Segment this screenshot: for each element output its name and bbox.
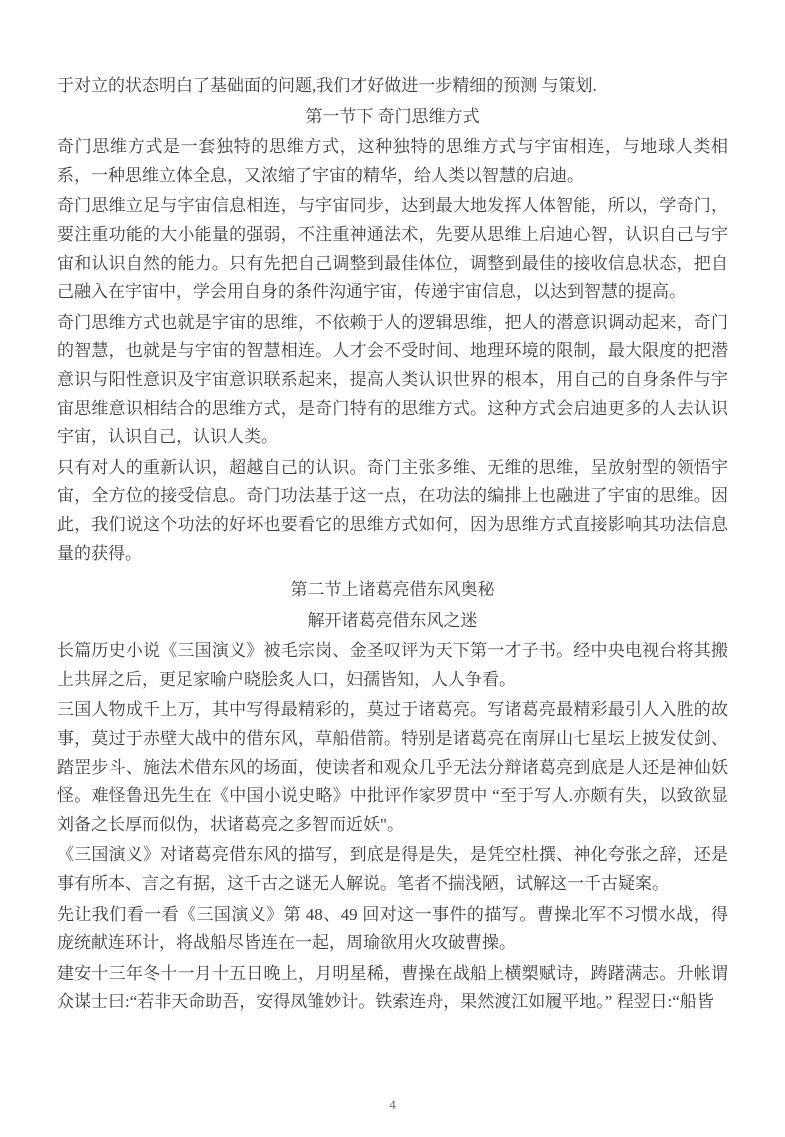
section1-paragraph-2: 奇门思维立足与宇宙信息相连，与宇宙同步，达到最大地发挥人体智能，所以，学奇门，要… <box>57 192 728 306</box>
section2-subheading: 解开诸葛亮借东风之迷 <box>57 607 728 636</box>
section2-paragraph-1: 长篇历史小说《三国演义》被毛宗岗、金圣叹评为天下第一才子书。经中央电视台将其搬上… <box>57 637 728 694</box>
section2-paragraph-2: 三国人物成千上万，其中写得最精彩的，莫过于诸葛亮。写诸葛亮最精彩最引人入胜的故事… <box>57 696 728 839</box>
section1-paragraph-4: 只有对人的重新认识，超越自己的认识。奇门主张多维、无维的思维，呈放射型的领悟宇宙… <box>57 454 728 568</box>
section2-paragraph-5: 建安十三年冬十一月十五日晚上，月明星稀，曹操在战船上横槊赋诗，踌躇满志。升帐谓众… <box>57 960 728 1017</box>
section1-heading: 第一节下 奇门思维方式 <box>57 103 728 132</box>
intro-paragraph: 于对立的状态明白了基础面的问题,我们才好做进一步精细的预测 与策划. <box>57 72 728 101</box>
section2-heading: 第二节上诸葛亮借东风奥秘 <box>57 576 728 605</box>
section1-paragraph-1: 奇门思维方式是一套独特的思维方式，这种独特的思维方式与宇宙相连，与地球人类相系，… <box>57 133 728 190</box>
page-number: 4 <box>0 1097 785 1113</box>
section1-paragraph-3: 奇门思维方式也就是宇宙的思维，不依赖于人的逻辑思维，把人的潜意识调动起来，奇门的… <box>57 309 728 452</box>
document-page: 于对立的状态明白了基础面的问题,我们才好做进一步精细的预测 与策划. 第一节下 … <box>0 0 785 1137</box>
document-content: 于对立的状态明白了基础面的问题,我们才好做进一步精细的预测 与策划. 第一节下 … <box>57 72 728 1019</box>
section2-paragraph-3: 《三国演义》对诸葛亮借东风的描写，到底是得是失，是凭空杜撰、神化夸张之辞，还是事… <box>57 841 728 898</box>
section2-paragraph-4: 先让我们看一看《三国演义》第 48、49 回对这一事件的描写。曹操北军不习惯水战… <box>57 901 728 958</box>
